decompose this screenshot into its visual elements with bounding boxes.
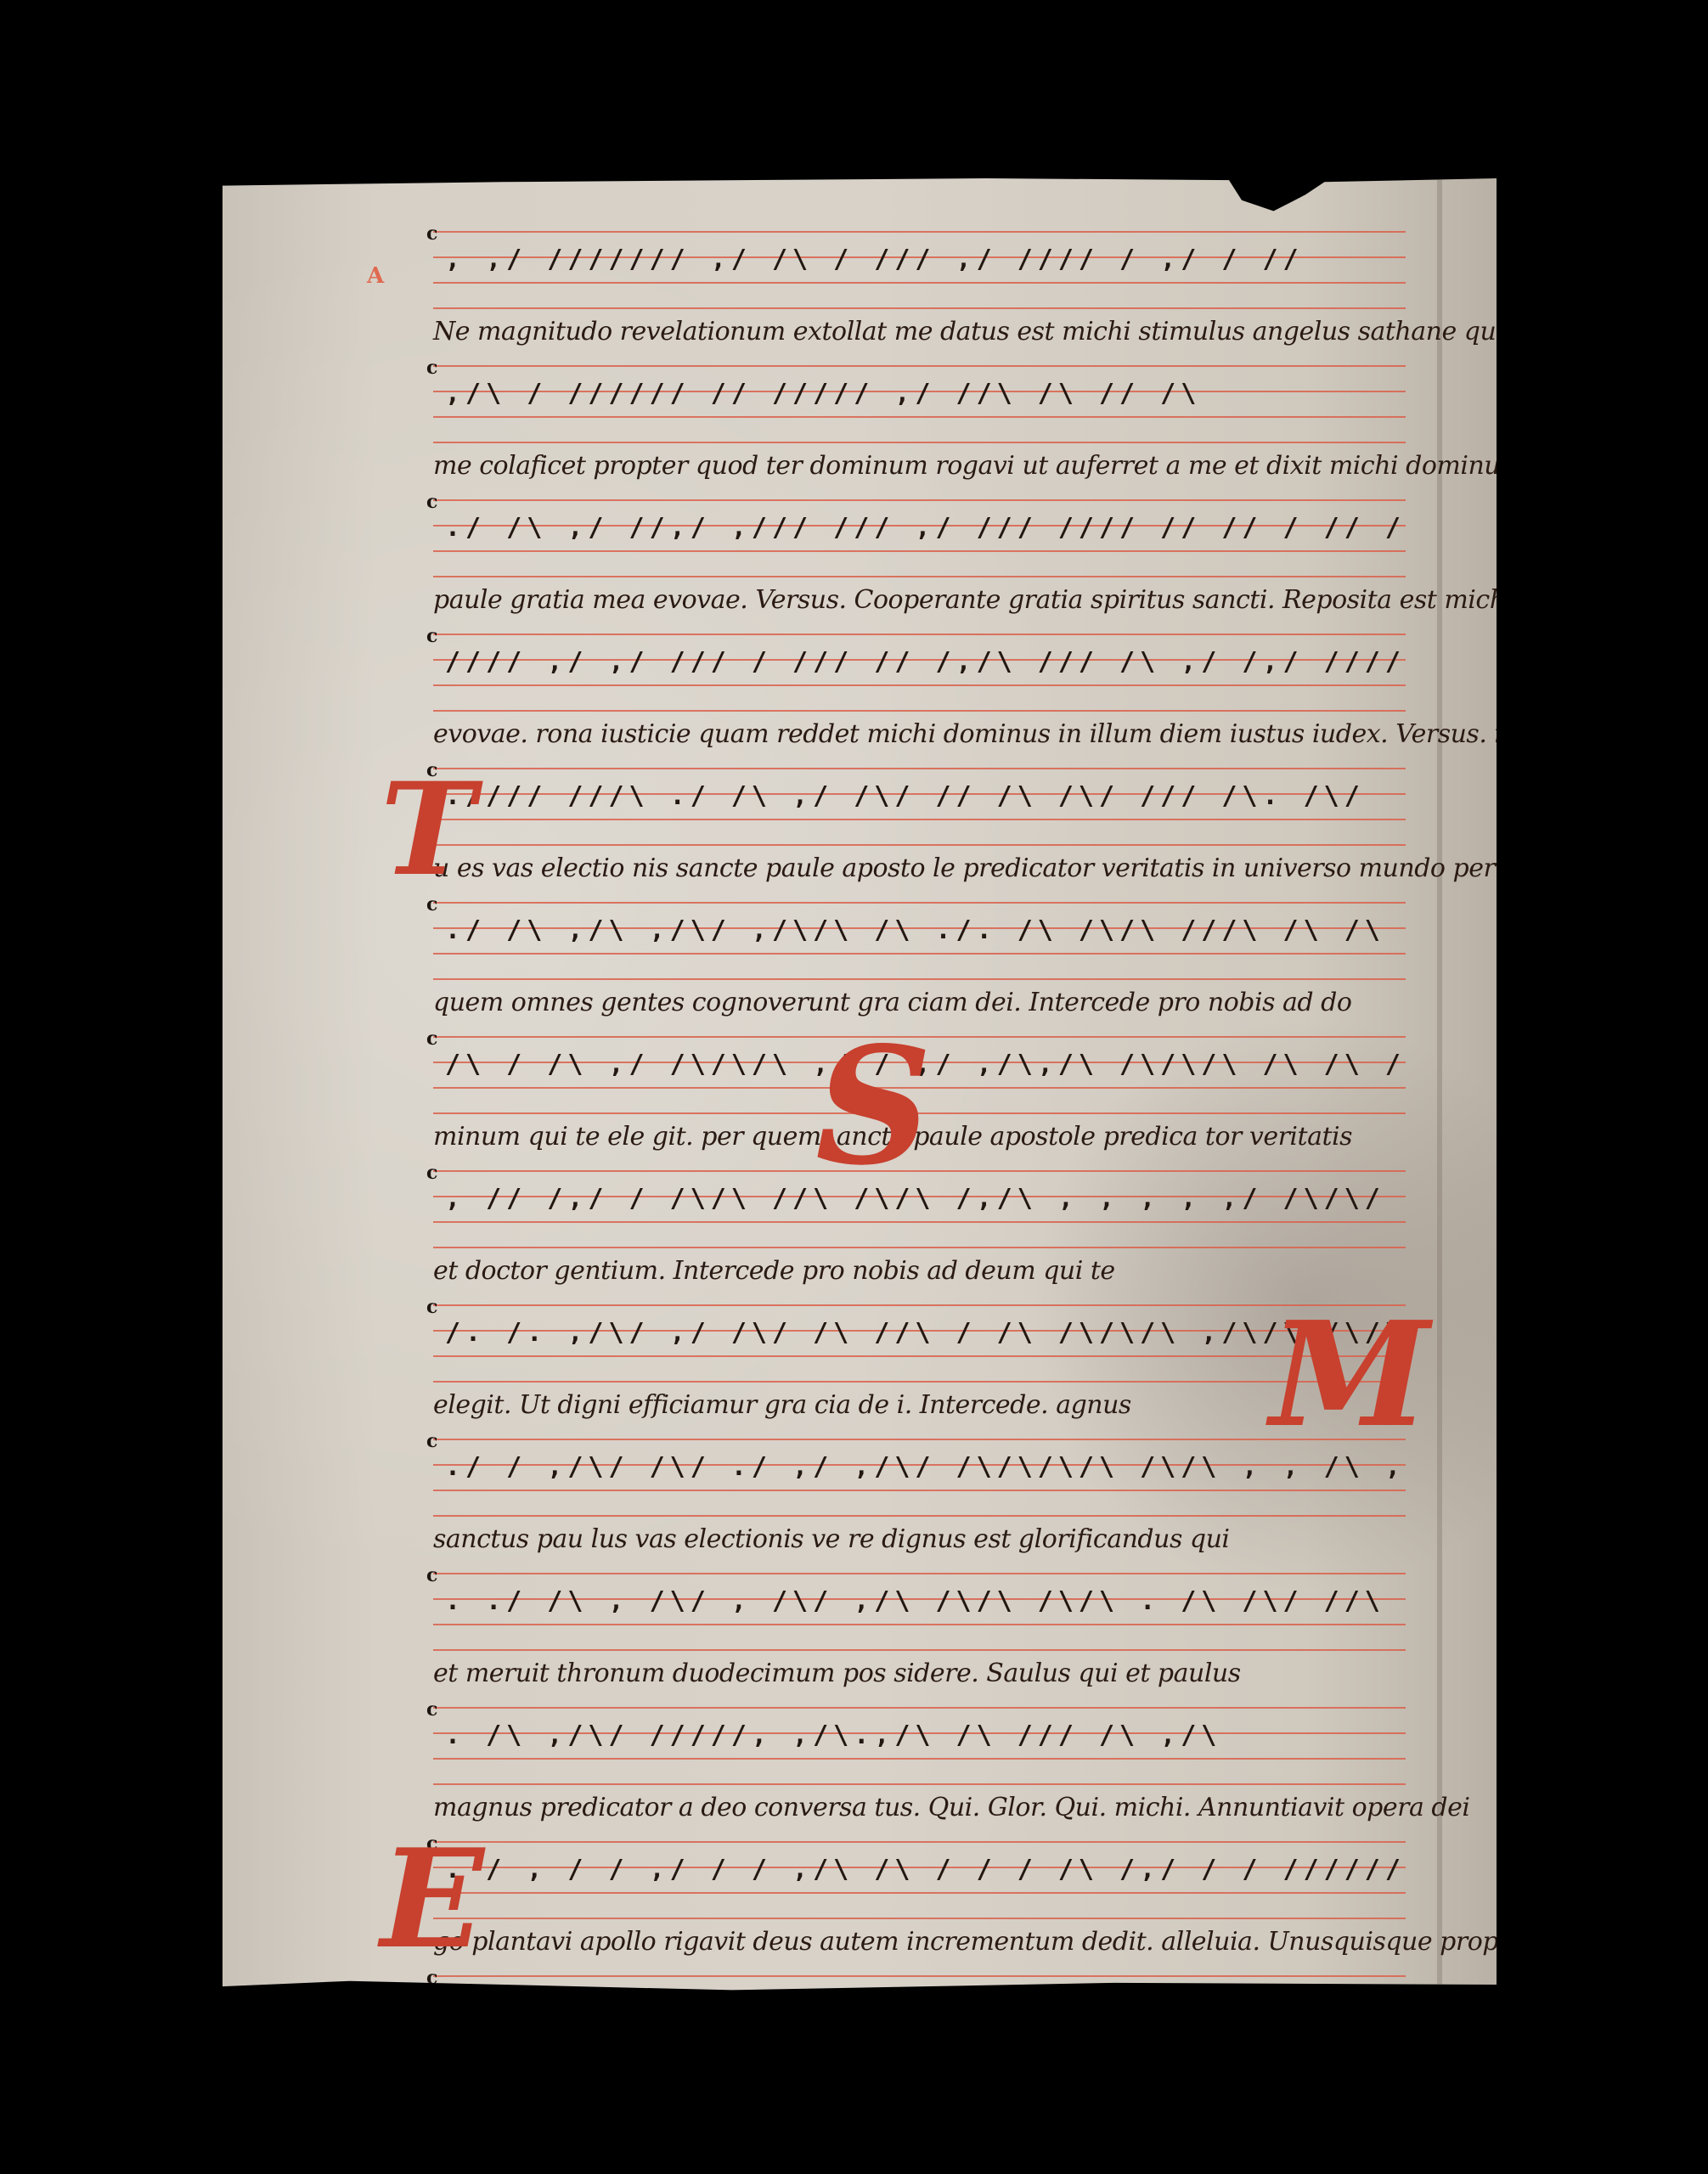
staff-line [433, 1381, 1406, 1383]
staff-line [433, 442, 1406, 443]
neumes: , // /,/ / /\/\ //\ /\/\ /,/\ , , , , ,/… [445, 1184, 1406, 1243]
staff: c . /\ ,/\/ /////, ,/\.,/\ /\ /// /\ ,/\ [433, 1697, 1406, 1788]
staff-line [433, 231, 1406, 233]
decorated-initial-m: M [1270, 1303, 1429, 1447]
staff-line [433, 1515, 1406, 1517]
c-clef-icon: c [426, 1028, 437, 1050]
staff: c //// ,/ ,/ /// / /// // /,/\ /// /\ ,/… [433, 623, 1406, 715]
staff: c /. /. ,/\/ ,/ /\/ /\ //\ / /\ /\/\/\ ,… [433, 1294, 1406, 1386]
staff: c ,/\ / ////// // ///// ,/ //\ /\ // /\ [433, 355, 1406, 447]
neumes: , ,/ /////// ,/ /\ / /// ,/ //// / ,/ / … [445, 245, 1406, 304]
neumes: .//// ///\ ./ /\ ,/ /\/ // /\ /\/ /// /\… [445, 781, 1406, 841]
staff: c , // /,/ / /\/\ //\ /\/\ /,/\ , , , , … [433, 1160, 1406, 1252]
staff-line [433, 499, 1406, 501]
text-block: c , ,/ /////// ,/ /\ / /// ,/ //// / ,/ … [433, 221, 1406, 2099]
lyric-line: evovae. rona iusticie quam reddet michi … [433, 715, 1406, 758]
staff: c ./ /\ ,/ //,/ ,/// /// ,/ /// //// // … [433, 489, 1406, 581]
c-clef-icon: c [426, 1564, 437, 1586]
staff: c . / , / / ,/ / / ,/\ /\ / / / /\ /,/ /… [433, 1831, 1406, 1923]
c-clef-icon: c [426, 893, 437, 915]
staff-line [433, 307, 1406, 309]
music-system: c ./ /\ ,/ //,/ ,/// /// ,/ /// //// // … [433, 489, 1406, 623]
margin-marker: A [367, 263, 384, 289]
music-system: c ./ / ,/\/ /\/ ./ ,/ ,/\/ /\/\/\/\ /\/\… [433, 1428, 1406, 1563]
c-clef-icon: c [426, 1967, 437, 1989]
neumes: . / , / / ,/ / / ,/\ /\ / / / /\ /,/ / /… [445, 1855, 1406, 1914]
neumes: . / / ,/ //////// / / , / / , / / / / / … [445, 1989, 1406, 2048]
c-clef-icon: c [426, 625, 437, 647]
music-system: c /. /. ,/\/ ,/ /\/ /\ //\ / /\ /\/\/\ ,… [433, 1294, 1406, 1428]
music-system: c . / / ,/ //////// / / , / / , / / / / … [433, 1965, 1406, 2099]
music-system: c ./ /\ ,/\ ,/\/ ,/\/\ /\ ./. /\ /\/\ //… [433, 892, 1406, 1026]
neumes: ./ /\ ,/ //,/ ,/// /// ,/ /// //// // //… [445, 513, 1406, 572]
staff-line [433, 1841, 1406, 1843]
staff-line [433, 902, 1406, 904]
parchment-leaf: A c , ,/ /////// ,/ /\ / /// ,/ //// / ,… [223, 178, 1497, 1997]
lyric-line: et meruit thronum duodecimum pos sidere.… [433, 1654, 1406, 1697]
staff: c . ./ /\ , /\/ , /\/ ,/\ /\/\ /\/\ . /\… [433, 1563, 1406, 1654]
staff-line [433, 1783, 1406, 1785]
decorated-initial-e: E [380, 1831, 484, 1967]
staff: c . / / ,/ //////// / / , / / , / / / / … [433, 1965, 1406, 2057]
staff-line [433, 844, 1406, 846]
music-system: c , ,/ /////// ,/ /\ / /// ,/ //// / ,/ … [433, 221, 1406, 355]
c-clef-icon: c [426, 1430, 437, 1452]
staff: c ./ /\ ,/\ ,/\/ ,/\/\ /\ ./. /\ /\/\ //… [433, 892, 1406, 983]
neumes: //// ,/ ,/ /// / /// // /,/\ /// /\ ,/ /… [445, 647, 1406, 707]
staff-line [433, 978, 1406, 980]
lyric-line: elegit. Ut digni efficiamur gra cia de i… [433, 1386, 1406, 1428]
c-clef-icon: c [426, 357, 437, 379]
music-system: c . / , / / ,/ / / ,/\ /\ / / / /\ /,/ /… [433, 1831, 1406, 1965]
staff-line [433, 768, 1406, 769]
staff-line [433, 1170, 1406, 1172]
staff-line [433, 2052, 1406, 2053]
music-system: c //// ,/ ,/ /// / /// // /,/\ /// /\ ,/… [433, 623, 1406, 758]
music-systems: c , ,/ /////// ,/ /\ / /// ,/ //// / ,/ … [433, 221, 1406, 2099]
c-clef-icon: c [426, 222, 437, 245]
staff-line [433, 1707, 1406, 1709]
c-clef-icon: c [426, 1162, 437, 1184]
neumes: . ./ /\ , /\/ , /\/ ,/\ /\/\ /\/\ . /\ /… [445, 1586, 1406, 1646]
staff-line [433, 710, 1406, 712]
staff-line [433, 1573, 1406, 1574]
staff-line [433, 1304, 1406, 1306]
staff: c .//// ///\ ./ /\ ,/ /\/ // /\ /\/ /// … [433, 758, 1406, 849]
lyric-line: sanctus pau lus vas electionis ve re dig… [433, 1520, 1406, 1563]
c-clef-icon: c [426, 1698, 437, 1721]
decorated-initial-t: T [380, 766, 476, 893]
staff-line [433, 1439, 1406, 1440]
staff-line [433, 1975, 1406, 1977]
staff: c ./ / ,/\/ /\/ ./ ,/ ,/\/ /\/\/\/\ /\/\… [433, 1428, 1406, 1520]
staff-line [433, 1247, 1406, 1248]
lyric-line: cedem accipiet secundum suum laborem. Qu… [433, 2057, 1406, 2099]
lyric-line: magnus predicator a deo conversa tus. Qu… [433, 1788, 1406, 1831]
staff-line [433, 1918, 1406, 1919]
lyric-line: go plantavi apollo rigavit deus autem in… [433, 1923, 1406, 1965]
neumes: ./ / ,/\/ /\/ ./ ,/ ,/\/ /\/\/\/\ /\/\ ,… [445, 1452, 1406, 1512]
neumes: ,/\ / ////// // ///// ,/ //\ /\ // /\ [445, 379, 1406, 438]
music-system: c ,/\ / ////// // ///// ,/ //\ /\ // /\ … [433, 355, 1406, 489]
staff-line [433, 365, 1406, 367]
lyric-line: u es vas electio nis sancte paule aposto… [433, 849, 1406, 892]
neumes: . /\ ,/\/ /////, ,/\.,/\ /\ /// /\ ,/\ [445, 1721, 1406, 1780]
staff-line [433, 634, 1406, 635]
lyric-line: Ne magnitudo revelationum extollat me da… [433, 313, 1406, 355]
music-system: c , // /,/ / /\/\ //\ /\/\ /,/\ , , , , … [433, 1160, 1406, 1294]
staff: c , ,/ /////// ,/ /\ / /// ,/ //// / ,/ … [433, 221, 1406, 313]
neumes: ./ /\ ,/\ ,/\/ ,/\/\ /\ ./. /\ /\/\ ///\… [445, 915, 1406, 975]
lyric-line: paule gratia mea evovae. Versus. Coopera… [433, 581, 1406, 623]
staff-line [433, 576, 1406, 577]
staff-line [433, 2026, 1406, 2028]
music-system: c .//// ///\ ./ /\ ,/ /\/ // /\ /\/ /// … [433, 758, 1406, 892]
c-clef-icon: c [426, 1296, 437, 1318]
lyric-line: et doctor gentium. Intercede pro nobis a… [433, 1252, 1406, 1294]
c-clef-icon: c [426, 491, 437, 513]
staff-line [433, 2001, 1406, 2002]
music-system: c . /\ ,/\/ /////, ,/\.,/\ /\ /// /\ ,/\… [433, 1697, 1406, 1831]
music-system: c /\ / /\ ,/ /\/\/\ ,/ / ,/ ,/\,/\ /\/\/… [433, 1026, 1406, 1160]
music-system: c . ./ /\ , /\/ , /\/ ,/\ /\/\ /\/\ . /\… [433, 1563, 1406, 1697]
staff-line [433, 1649, 1406, 1651]
neumes: /. /. ,/\/ ,/ /\/ /\ //\ / /\ /\/\/\ ,/\… [445, 1318, 1406, 1377]
lyric-line: me colaficet propter quod ter dominum ro… [433, 447, 1406, 489]
